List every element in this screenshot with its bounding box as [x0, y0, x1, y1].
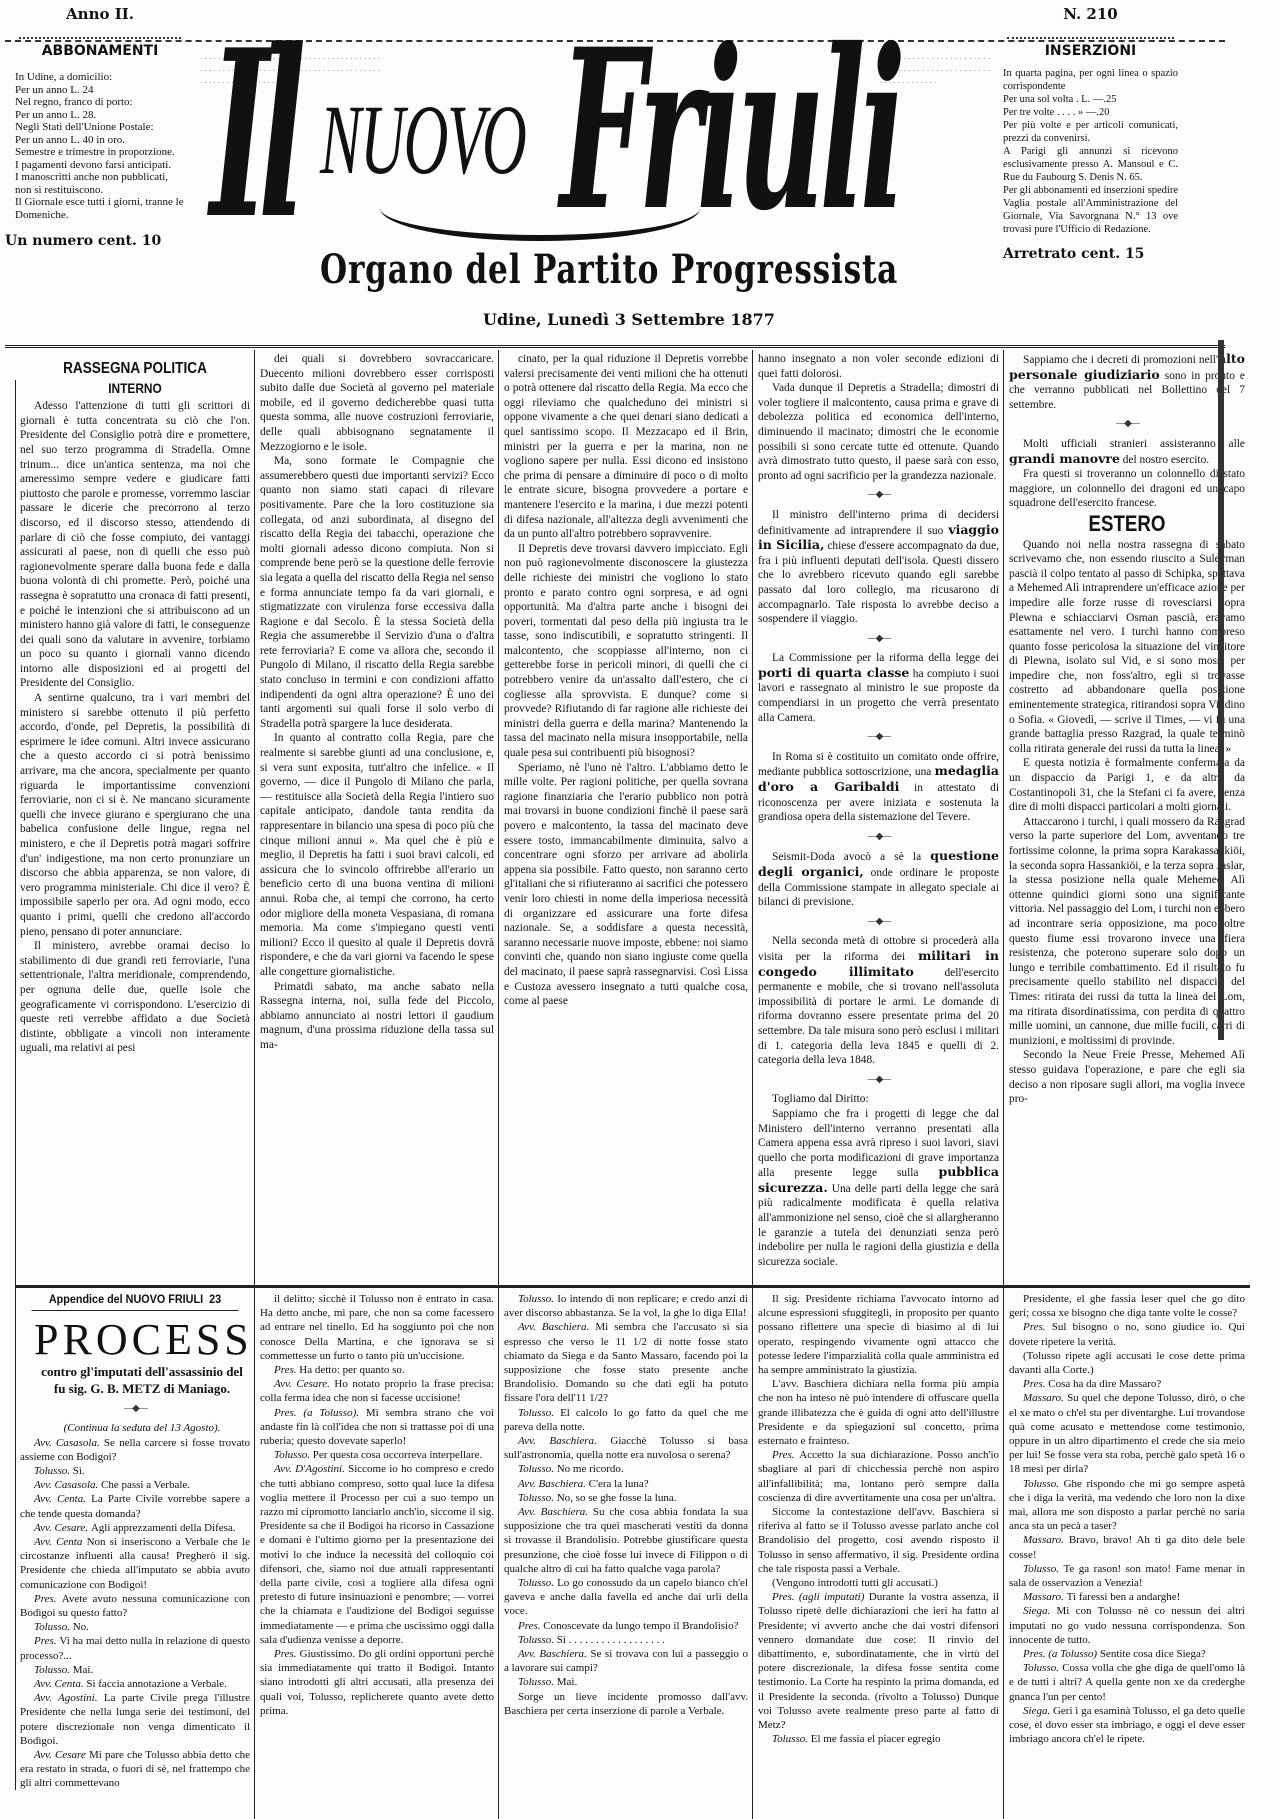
dialogue-line: Avv. Centa. Si faccia annotazione a Verb… [20, 1677, 250, 1691]
dialogue-line: Avv. D'Agostini. Siccome io ho compreso … [260, 1462, 494, 1647]
issue-number: N. 210 [1003, 8, 1178, 21]
speaker-name: Pres. [1023, 1321, 1052, 1333]
dialogue-line: Pres. Cosa ha da dire Massaro? [1009, 1377, 1245, 1391]
speaker-name: Tolusso. [518, 1676, 557, 1688]
column-rassegna-politica: RASSEGNA POLITICA INTERNO Adesso l'atten… [20, 358, 250, 1283]
dialogue-line: Tolusso. No. [20, 1620, 250, 1634]
dialogue-line: (Vengono introdotti tutti gli accusati.) [758, 1576, 999, 1590]
news-item: Sappiamo che i decreti di promozioni nel… [1009, 352, 1245, 412]
dialogue-line: Tolusso. No me ricordo. [504, 1462, 748, 1476]
speaker-name: Pres. (agli imputati) [772, 1591, 869, 1603]
dialogue-line: Pres. Conoscevate da lungo tempo il Bran… [504, 1619, 748, 1633]
ornament-divider: —◆— [20, 1402, 250, 1416]
abbonamenti-line: Semestre e trimestre in proporzione. [15, 146, 185, 159]
column-rule [752, 350, 753, 1819]
dialogue-line: Avv. Cesare. Agli apprezzamenti della Di… [20, 1521, 250, 1535]
speaker-name: Avv. Baschiera. [518, 1648, 590, 1660]
dialogue-line: Avv. Agostini. La parte Civile prega l'i… [20, 1691, 250, 1748]
masthead-il: Il [210, 25, 295, 245]
speaker-name: Pres. [34, 1593, 62, 1605]
dialogue-line: Avv. Baschiera. Su che cosa abbia fondat… [504, 1505, 748, 1576]
news-item: Togliamo dal Diritto: [758, 1092, 999, 1107]
abbonamenti-line: Il Giornale esce tutti i giorni, tranne … [15, 196, 185, 221]
speaker-name: Massaro. [1023, 1591, 1067, 1603]
processo-subtitle-1: contro gl'imputati dell'assassinio del [20, 1363, 250, 1380]
dialogue-line: Tolusso. Te ga rason! son mato! Fame men… [1009, 1562, 1245, 1590]
speaker-name: Tolusso. [518, 1492, 557, 1504]
speaker-name: Avv. Casasola. [34, 1437, 104, 1449]
article-paragraph: dei quali si dovrebbero sovraccaricare. … [260, 352, 494, 454]
processo-subtitle-2: fu sig. G. B. METZ di Maniago. [20, 1380, 250, 1397]
dialogue-line: Pres. (agli imputati) Durante la vostra … [758, 1590, 999, 1732]
ornament-divider: —◆— [758, 1073, 999, 1088]
appendix-column-2: il delitto; sicchè il Tolusso non è entr… [260, 1292, 494, 1802]
abbonamenti-box: Anno II. ABBONAMENTI In Udine, a domicil… [15, 44, 185, 248]
speaker-name: Tolusso. [518, 1577, 557, 1589]
headline-keyword: porti di quarta classe [758, 665, 909, 680]
dialogue-line: Tolusso. Cossa volla che ghe diga de que… [1009, 1661, 1245, 1704]
appendix-header: Appendice del NUOVO FRIULI 23 [32, 1292, 239, 1311]
appendix-number: 23 [209, 1292, 221, 1306]
article-paragraph: Ma, sono formate le Compagnie che assume… [260, 454, 494, 731]
column-rule [498, 350, 499, 1819]
article-paragraph: A sentirne qualcuno, tra i vari membri d… [20, 691, 250, 939]
news-item: Seismit-Doda avocò a sè la questione deg… [758, 849, 999, 909]
inserzioni-line: Per più volte e per articoli comunicati,… [1003, 119, 1178, 145]
news-item: Vada dunque il Depretis a Stradella; dim… [758, 381, 999, 483]
speaker-name: Massaro. [1023, 1534, 1069, 1546]
page-edge-shadow [1218, 340, 1224, 1040]
news-item: Il ministro dell'interno prima di decide… [758, 508, 999, 627]
column-rule [254, 350, 255, 1819]
speaker-name: Tolusso. [1023, 1662, 1062, 1674]
speaker-name: Massaro. [1023, 1392, 1067, 1404]
speaker-name: Avv. Agostini. [34, 1692, 104, 1704]
headline-keyword: alto personale giudiziario [1009, 352, 1245, 382]
dialogue-line: Tolusso. Ghe rispondo che mi go sempre a… [1009, 1477, 1245, 1534]
dialogue-line: Avv. Cesare. Ho notato proprio la frase … [260, 1377, 494, 1405]
dialogue-line: L'avv. Baschiera dichiara nella forma pi… [758, 1377, 999, 1448]
article-paragraph: Il Depretis deve trovarsi davvero impicc… [504, 542, 748, 761]
header-bottom-rule [5, 345, 1225, 348]
news-item: Nella seconda metà di ottobre si procede… [758, 934, 999, 1067]
dialogue-line: Tolusso. Mai. [504, 1675, 748, 1689]
speaker-name: Tolusso. [1023, 1563, 1063, 1575]
appendix-column-4: Il sig. Presidente richiama l'avvocato i… [758, 1292, 999, 1802]
speaker-name: Avv. Cesare. [34, 1522, 91, 1534]
dialogue-line: Avv. Cesare Mi pare che Tolusso abbia de… [20, 1748, 250, 1791]
dialogue-line: il delitto; sicchè il Tolusso non è entr… [260, 1292, 494, 1363]
dialogue-line: Pres. Vi ha mai detto nulla in relazione… [20, 1634, 250, 1662]
inserzioni-title: INSERZIONI [1003, 45, 1178, 58]
dialogue-line: Massaro. Bravo, bravo! Ah ti ga dito del… [1009, 1533, 1245, 1561]
abbonamenti-line: I pagamenti devono farsi anticipati. [15, 159, 185, 172]
speaker-name: Pres. (a Tolusso). [274, 1407, 366, 1419]
dialogue-line: Pres. Giustissimo. Do gli ordini opportu… [260, 1647, 494, 1718]
speaker-name: Pres. [274, 1648, 300, 1660]
speaker-name: Tolusso. [518, 1407, 560, 1419]
dialogue-line: Pres. (a Tolusso). Mi sembra strano che … [260, 1406, 494, 1449]
speaker-name: Tolusso. [1023, 1478, 1064, 1490]
dialogue-line: Tolusso. Io intendo di non replicare; e … [504, 1292, 748, 1320]
article-paragraph: Speriamo, nè l'uno nè l'altro. L'abbiamo… [504, 761, 748, 1009]
appendix-header-text: Appendice del NUOVO FRIULI [49, 1292, 203, 1306]
dialogue-line: Sorge un lieve incidente promosso dall'a… [504, 1690, 748, 1718]
dialogue-line: Avv. Baschiera. Se si trovava con lui a … [504, 1647, 748, 1675]
article-paragraph: cinato, per la qual riduzione il Depreti… [504, 352, 748, 542]
appendix-column-1: Appendice del NUOVO FRIULI 23 PROCESSO c… [20, 1292, 250, 1802]
speaker-name: Avv. Cesare [34, 1749, 89, 1761]
abbonamenti-line: Negli Stati dell'Unione Postale: [15, 121, 185, 134]
speaker-name: Pres. [34, 1635, 59, 1647]
dialogue-line: Pres. Accetto la sua dichiarazione. Poss… [758, 1448, 999, 1505]
news-item: Molti ufficiali stranieri assisteranno a… [1009, 437, 1245, 467]
inserzioni-line: Per gli abbonamenti ed inserzioni spedir… [1003, 184, 1178, 236]
news-item: Secondo la Neue Freie Presse, Mehemed Al… [1009, 1048, 1245, 1106]
article-paragraph: In quanto al contratto colla Regia, pare… [260, 731, 494, 979]
inserzioni-box: N. 210 INSERZIONI In quarta pagina, per … [1003, 44, 1178, 261]
news-item: hanno insegnato a non voler seconde ediz… [758, 352, 999, 381]
speaker-name: Tolusso. [34, 1664, 73, 1676]
headline-keyword: grandi manovre [1009, 451, 1120, 466]
ornament-divider: —◆— [758, 730, 999, 745]
inserzioni-line: Per tre volte . . . . » —.20 [1003, 106, 1178, 119]
appendix-rule [15, 1285, 1250, 1288]
abbonamenti-line: I manoscritti anche non pubblicati, non … [15, 171, 185, 196]
dialogue-line: Tolusso. Sì. [20, 1464, 250, 1478]
news-item: E questa notizia è formalmente confermat… [1009, 756, 1245, 814]
article-paragraph: Adesso l'attenzione di tutti gli scritto… [20, 399, 250, 691]
abbonamenti-line: Per un anno L. 40 in oro. [15, 134, 185, 147]
speaker-name: Tolusso. [518, 1463, 557, 1475]
speaker-name: Avv. Baschiera. [518, 1321, 595, 1333]
dialogue-line: Tolusso. El calcolo lo go fatto da quel … [504, 1406, 748, 1434]
dialogue-line: Pres. Ha detto: per quanto so. [260, 1363, 494, 1377]
speaker-name: Avv. Baschiera. [518, 1478, 589, 1490]
section-heading: ESTERO [1027, 517, 1228, 532]
dialogue-line: Pres. (a Tolusso) Sentite cosa dice Sieg… [1009, 1647, 1245, 1661]
processo-title: PROCESSO [20, 1317, 250, 1363]
speaker-name: Avv. Casasola. [34, 1479, 101, 1491]
appendix-column-3: Tolusso. Io intendo di non replicare; e … [504, 1292, 748, 1802]
price-label: Un numero cent. 10 [5, 235, 185, 248]
wavy-divider [19, 37, 181, 39]
inserzioni-line: Per una sol volta . L. —.25 [1003, 93, 1178, 106]
section-subheading: INTERNO [37, 381, 233, 396]
ornament-divider: —◆— [758, 830, 999, 845]
dialogue-line: Avv. Baschiera. Giacchè Tolusso si basa … [504, 1434, 748, 1462]
inserzioni-line: A Parigi gli annunzi si ricevono esclusi… [1003, 145, 1178, 184]
headline-keyword: viaggio in Sicilia, [758, 522, 999, 553]
speaker-name: Avv. Centa [34, 1536, 87, 1548]
abbonamenti-title: ABBONAMENTI [15, 45, 185, 58]
newspaper-page: Anno II. ABBONAMENTI In Udine, a domicil… [0, 0, 1280, 1819]
dialogue-line: Tolusso. Lo go conossudo da un capelo bi… [504, 1576, 748, 1619]
dialogue-line: Tolusso. No, so se ghe fosse la luna. [504, 1491, 748, 1505]
speaker-name: Tolusso. [34, 1465, 73, 1477]
abbonamenti-line: Per un anno L. 24 [15, 84, 185, 97]
masthead-subtitle: Organo del Partito Progressista [320, 248, 898, 292]
headline-keyword: medaglia d'oro a Garibaldi [758, 763, 999, 794]
abbonamenti-line: Nel regno, franco di porto: [15, 96, 185, 109]
news-item: Fra questi si troveranno un colonnello d… [1009, 467, 1245, 511]
column-rule [15, 380, 16, 1790]
speaker-name: Siega. [1023, 1705, 1053, 1717]
speaker-name: Pres. (a Tolusso) [1023, 1648, 1100, 1660]
dialogue-line: Il sig. Presidente richiama l'avvocato i… [758, 1292, 999, 1377]
arretrato-label: Arretrato cent. 15 [1003, 248, 1178, 261]
speaker-name: Tolusso. [274, 1449, 313, 1461]
speaker-name: Tolusso. [772, 1733, 811, 1745]
speaker-name: Avv. D'Agostini. [274, 1463, 348, 1475]
masthead-friuli: Friuli [560, 20, 900, 240]
dialogue-line: Tolusso. Mai. [20, 1663, 250, 1677]
dialogue-line: Siccome la contestazione dell'avv. Basch… [758, 1505, 999, 1576]
speaker-name: Tolusso. [518, 1293, 557, 1305]
speaker-name: Tolusso. [34, 1621, 73, 1633]
speaker-name: Avv. Cesare. [274, 1378, 334, 1390]
speaker-name: Avv. Baschiera. [518, 1435, 610, 1447]
inserzioni-lines: In quarta pagina, per ogni linea o spazi… [1003, 67, 1178, 236]
article-paragraph: Il ministero, avrebbe oramai deciso lo s… [20, 939, 250, 1056]
inserzioni-line: In quarta pagina, per ogni linea o spazi… [1003, 67, 1178, 93]
speaker-name: Avv. Centa. [34, 1678, 86, 1690]
dateline: Udine, Lunedì 3 Settembre 1877 [483, 310, 775, 329]
dialogue-line: (Tolusso ripete agli accusati le cose de… [1009, 1349, 1245, 1377]
dialogue-line: Avv. Centa. La Parte Civile vorrebbe sap… [20, 1492, 250, 1520]
abbonamenti-line: In Udine, a domicilio: [15, 71, 185, 84]
speaker-name: Pres. [274, 1364, 299, 1376]
dialogue-line: Avv. Casasola. Se nella carcere si fosse… [20, 1436, 250, 1464]
dialogue-line: Siega. Geri i ga esaminà Tolusso, el ga … [1009, 1704, 1245, 1747]
dialogue-line: Tolusso. El me fassia el piacer egregio [758, 1732, 999, 1746]
dialogue-line: Massaro. Su quel che depone Tolusso, dir… [1009, 1391, 1245, 1476]
continuation-note: (Continua la seduta del 13 Agosto). [20, 1421, 250, 1435]
dialogue-line: Pres. Avete avuto nessuna comunicazione … [20, 1592, 250, 1620]
column-5-estero: Sappiamo che i decreti di promozioni nel… [1009, 352, 1245, 1283]
speaker-name: Pres. [518, 1620, 543, 1632]
headline-keyword: militari in congedo illimitato [758, 948, 999, 979]
dialogue-line: Avv. Baschiera. Mi sembra che l'accusato… [504, 1320, 748, 1405]
speaker-name: Pres. [1023, 1378, 1048, 1390]
dialogue-line: Siega. Mi con Tolusso nè co nessun dei a… [1009, 1604, 1245, 1647]
year-label: Anno II. [15, 8, 185, 21]
column-rule [1003, 350, 1004, 1819]
ornament-divider: —◆— [758, 632, 999, 647]
dialogue-line: Presidente, el ghe fassia leser quel che… [1009, 1292, 1245, 1320]
abbonamenti-lines: In Udine, a domicilio:Per un anno L. 24N… [15, 71, 185, 221]
dialogue-line: Avv. Baschiera. C'era la luna? [504, 1477, 748, 1491]
speaker-name: Tolusso. [518, 1634, 557, 1646]
dialogue-line: Avv. Casasola. Che passi a Verbale. [20, 1478, 250, 1492]
column-4: hanno insegnato a non voler seconde ediz… [758, 352, 999, 1283]
article-paragraph: Primatdi sabato, ma anche sabato nella R… [260, 980, 494, 1053]
dialogue-line: Tolusso. Sì . . . . . . . . . . . . . . … [504, 1633, 748, 1647]
ornament-divider: —◆— [758, 915, 999, 930]
dialogue-line: Avv. Centa Non si inseriscono a Verbale … [20, 1535, 250, 1592]
news-item: Quando noi nella nostra rassegna di saba… [1009, 538, 1245, 757]
speaker-name: Avv. Baschiera. [518, 1506, 593, 1518]
speaker-name: Siega. [1023, 1605, 1056, 1617]
abbonamenti-line: Per un anno L. 28. [15, 109, 185, 122]
speaker-name: Avv. Centa. [34, 1493, 91, 1505]
news-item: In Roma si è costituito un comitato onde… [758, 750, 999, 825]
news-item: La Commissione per la riforma della legg… [758, 651, 999, 725]
ornament-divider: —◆— [758, 488, 999, 503]
headline-keyword: questione degli organici, [758, 848, 999, 879]
section-heading: RASSEGNA POLITICA [37, 362, 233, 377]
column-2: dei quali si dovrebbero sovraccaricare. … [260, 352, 494, 1283]
dialogue-line: Tolusso. Per questa cosa occorreva inter… [260, 1448, 494, 1462]
news-item: Attaccarono i turchi, i quali mossero da… [1009, 815, 1245, 1049]
wavy-divider [1007, 37, 1174, 39]
ornament-divider: —◆— [1009, 417, 1245, 432]
headline-keyword: pubblica sicurezza. [758, 1164, 999, 1195]
dialogue-line: Massaro. Ti faressi ben a andarghe! [1009, 1590, 1245, 1604]
news-item: Sappiamo che fra i progetti di legge che… [758, 1107, 999, 1270]
appendix-column-5: Presidente, el ghe fassia leser quel che… [1009, 1292, 1245, 1802]
column-3: cinato, per la qual riduzione il Depreti… [504, 352, 748, 1283]
dialogue-line: Pres. Sul bisogno o no, sono giudice io.… [1009, 1320, 1245, 1348]
speaker-name: Pres. [772, 1449, 799, 1461]
